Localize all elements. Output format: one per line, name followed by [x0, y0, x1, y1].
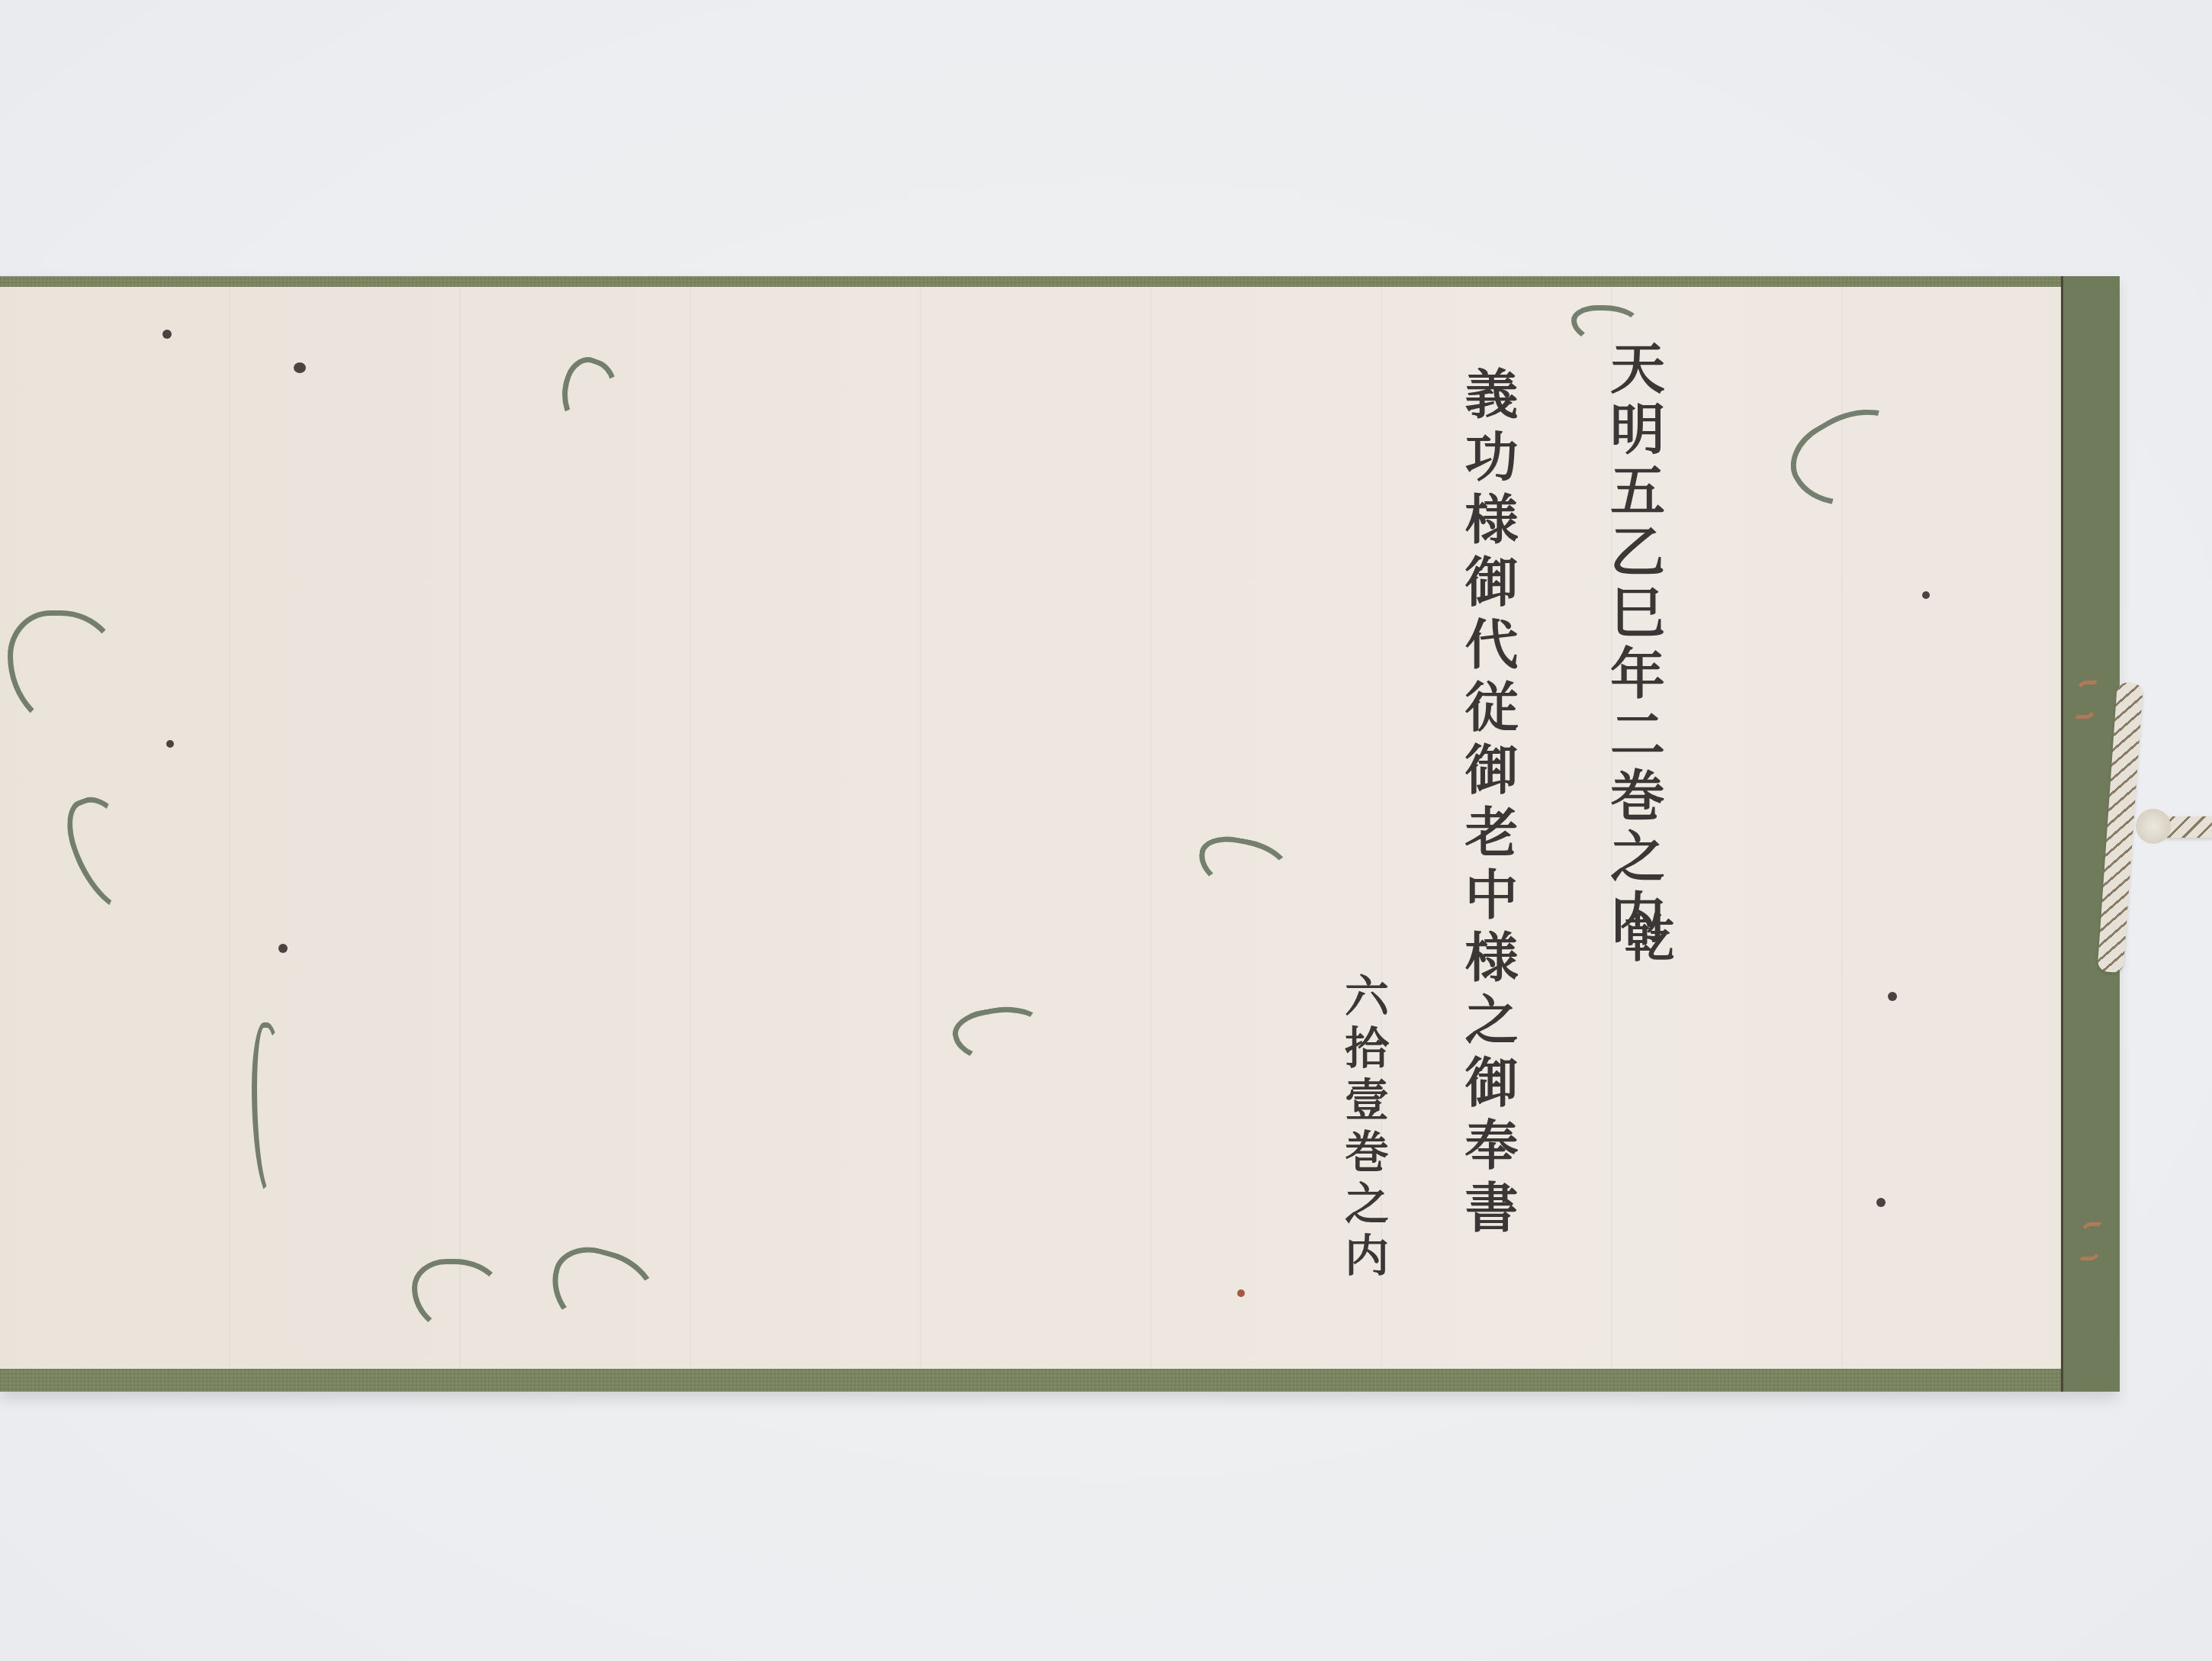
wormhole-damage — [294, 362, 306, 373]
wormhole-damage — [162, 330, 172, 339]
gold-cloud-motif-icon — [2079, 1222, 2103, 1260]
wormhole-damage — [1888, 992, 1897, 1001]
inscription-volume-mark: 乾 — [1609, 912, 1682, 968]
wormhole-damage — [1922, 591, 1930, 599]
inscription-title-column: 義功様御代従御老中様之御奉書 — [1449, 366, 1526, 1242]
wormhole-damage — [278, 944, 288, 953]
tie-cord-knot — [2136, 809, 2171, 844]
scroll-paper — [0, 287, 2061, 1369]
wormhole-damage — [166, 740, 174, 748]
inscription-set-number-column: 六拾壹巻之内 — [1331, 973, 1395, 1284]
inscription-date-column: 天明五乙巳年二巻之内 — [1606, 340, 1661, 950]
gold-cloud-motif-icon — [2074, 681, 2098, 719]
wormhole-damage — [1237, 1289, 1245, 1297]
wormhole-damage — [1876, 1198, 1886, 1207]
